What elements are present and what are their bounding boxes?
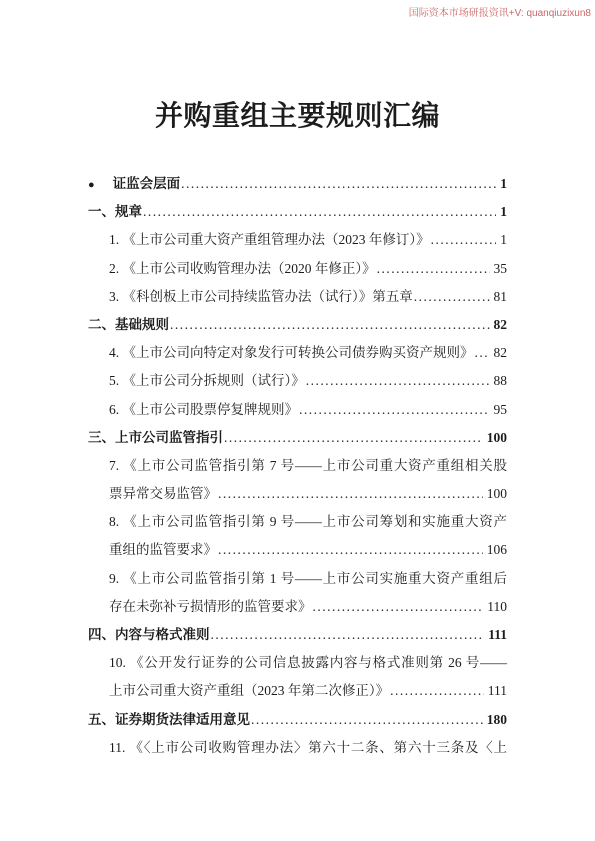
toc-entry-csrc-level: ● 证监会层面 1 — [88, 170, 507, 198]
dots-leader — [218, 480, 483, 508]
toc-entry-label: 3. 《科创板上市公司持续监管办法（试行）》第五章 — [109, 283, 413, 311]
toc-entry-item-7-line-1: 7. 《上市公司监管指引第 7 号——上市公司重大资产重组相关股 — [88, 452, 507, 480]
toc-entry-item-4: 4. 《上市公司向特定对象发行可转换公司债券购买资产规则》 82 — [88, 339, 507, 367]
page-number: 82 — [491, 339, 508, 367]
toc-entry-item-11-line-1: 11. 《〈上市公司收购管理办法〉第六十二条、第六十三条及〈上 — [88, 734, 507, 762]
toc-entry-label: 一、规章 — [88, 198, 142, 226]
dots-leader — [475, 339, 490, 367]
toc-entry-label: 五、证券期货法律适用意见 — [88, 706, 250, 734]
toc-entry-label: 四、内容与格式准则 — [88, 621, 210, 649]
table-of-contents: ● 证监会层面 1 一、规章 1 1. 《上市公司重大资产重组管理办法（2023… — [88, 170, 507, 762]
page-number: 111 — [485, 677, 507, 705]
toc-entry-label: 11. 《〈上市公司收购管理办法〉第六十二条、第六十三条及〈上 — [109, 740, 507, 755]
toc-entry-section-4: 四、内容与格式准则 111 — [88, 621, 507, 649]
toc-entry-label: 7. 《上市公司监管指引第 7 号——上市公司重大资产重组相关股 — [109, 458, 507, 473]
page-number: 106 — [484, 536, 507, 564]
toc-entry-label: 票异常交易监管》 — [109, 480, 217, 508]
page-number: 88 — [491, 367, 508, 395]
toc-entry-section-2: 二、基础规则 82 — [88, 311, 507, 339]
page-title: 并购重组主要规则汇编 — [0, 94, 595, 134]
page-number: 110 — [484, 593, 507, 621]
toc-entry-item-6: 6. 《上市公司股票停复牌规则》 95 — [88, 396, 507, 424]
toc-entry-item-10-line-2: 上市公司重大资产重组（2023 年第二次修正）》 111 — [88, 677, 507, 705]
toc-entry-label: 1. 《上市公司重大资产重组管理办法（2023 年修订）》 — [109, 226, 430, 254]
toc-entry-item-8-line-2: 重组的监管要求》 106 — [88, 536, 507, 564]
page-number: 35 — [491, 255, 508, 283]
page-number: 111 — [485, 621, 507, 649]
page-number: 1 — [497, 198, 507, 226]
toc-entry-label: 重组的监管要求》 — [109, 536, 217, 564]
toc-entry-item-2: 2. 《上市公司收购管理办法（2020 年修正）》 35 — [88, 255, 507, 283]
toc-entry-item-5: 5. 《上市公司分拆规则（试行）》 88 — [88, 367, 507, 395]
dots-leader — [218, 536, 483, 564]
toc-entry-item-9-line-1: 9. 《上市公司监管指引第 1 号——上市公司实施重大资产重组后 — [88, 565, 507, 593]
toc-entry-label: 9. 《上市公司监管指引第 1 号——上市公司实施重大资产重组后 — [109, 571, 507, 586]
toc-entry-label: 2. 《上市公司收购管理办法（2020 年修正）》 — [109, 255, 376, 283]
page-number: 1 — [497, 226, 507, 254]
toc-entry-item-8-line-1: 8. 《上市公司监管指引第 9 号——上市公司筹划和实施重大资产 — [88, 508, 507, 536]
page-number: 100 — [484, 480, 507, 508]
toc-entry-item-10-line-1: 10. 《公开发行证券的公司信息披露内容与格式准则第 26 号—— — [88, 649, 507, 677]
page-number: 81 — [491, 283, 508, 311]
dots-leader — [251, 706, 483, 734]
page-number: 1 — [497, 170, 507, 198]
toc-entry-label: 三、上市公司监管指引 — [88, 424, 223, 452]
toc-entry-item-7-line-2: 票异常交易监管》 100 — [88, 480, 507, 508]
dots-leader — [224, 424, 483, 452]
dots-leader — [313, 593, 484, 621]
dots-leader — [170, 311, 490, 339]
toc-entry-section-3: 三、上市公司监管指引 100 — [88, 424, 507, 452]
toc-entry-label: 5. 《上市公司分拆规则（试行）》 — [109, 367, 305, 395]
bullet-icon: ● — [88, 171, 95, 199]
toc-entry-label: 证监会层面 — [113, 170, 181, 198]
toc-entry-label: 二、基础规则 — [88, 311, 169, 339]
watermark-text: 国际资本市场研报资讯+V: quanqiuzixun8 — [409, 4, 591, 19]
dots-leader — [143, 198, 496, 226]
toc-entry-label: 4. 《上市公司向特定对象发行可转换公司债券购买资产规则》 — [109, 339, 474, 367]
toc-entry-item-1: 1. 《上市公司重大资产重组管理办法（2023 年修订）》 1 — [88, 226, 507, 254]
page-number: 95 — [491, 396, 508, 424]
toc-entry-label: 上市公司重大资产重组（2023 年第二次修正）》 — [109, 677, 389, 705]
toc-entry-label: 存在未弥补亏损情形的监管要求》 — [109, 593, 312, 621]
dots-leader — [211, 621, 485, 649]
dots-leader — [377, 255, 490, 283]
dots-leader — [414, 283, 490, 311]
toc-entry-section-1: 一、规章 1 — [88, 198, 507, 226]
dots-leader — [431, 226, 497, 254]
toc-entry-item-9-line-2: 存在未弥补亏损情形的监管要求》 110 — [88, 593, 507, 621]
page-number: 100 — [484, 424, 507, 452]
dots-leader — [390, 677, 484, 705]
page-number: 180 — [484, 706, 507, 734]
dots-leader — [306, 367, 490, 395]
toc-entry-section-5: 五、证券期货法律适用意见 180 — [88, 706, 507, 734]
toc-entry-label: 10. 《公开发行证券的公司信息披露内容与格式准则第 26 号—— — [109, 655, 507, 670]
dots-leader — [181, 170, 496, 198]
dots-leader — [299, 396, 490, 424]
page-number: 82 — [491, 311, 508, 339]
toc-entry-item-3: 3. 《科创板上市公司持续监管办法（试行）》第五章 81 — [88, 283, 507, 311]
toc-entry-label: 8. 《上市公司监管指引第 9 号——上市公司筹划和实施重大资产 — [109, 514, 507, 529]
toc-entry-label: 6. 《上市公司股票停复牌规则》 — [109, 396, 298, 424]
